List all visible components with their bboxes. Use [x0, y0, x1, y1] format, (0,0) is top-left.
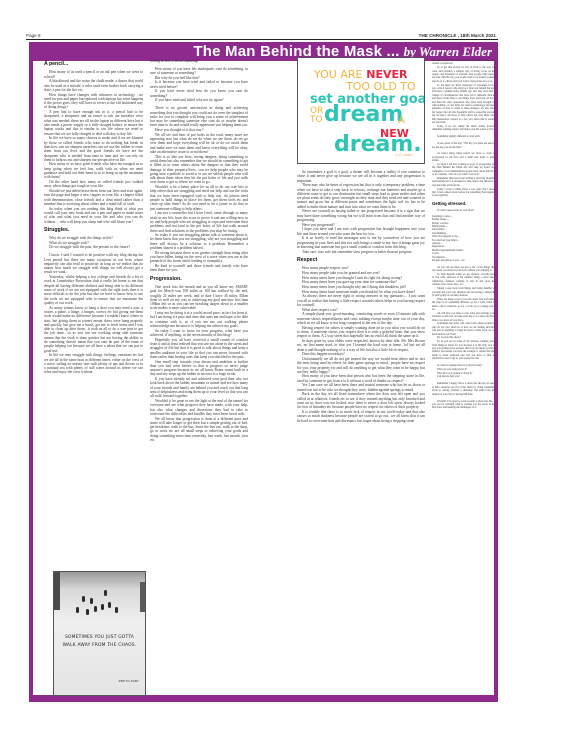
paragraph: Never see yourself as having failed or n… — [297, 209, 425, 222]
paragraph: As many joiners know to hang a door you … — [44, 306, 143, 353]
paragraph: Having respect for others is simply want… — [297, 326, 425, 339]
goose-icon — [101, 604, 104, 610]
paragraph: Wouldn't it be great to work towards a s… — [432, 400, 495, 410]
paragraph: How many of you have felt inadequate, ca… — [150, 67, 248, 76]
paragraph: What do we struggle with? — [44, 241, 143, 245]
paragraph: A pen had to have enough ink in it, a pe… — [44, 110, 143, 136]
list-item: Peoples perception of you…etc. — [432, 259, 495, 262]
paragraph: Do we struggle with the past, the presen… — [44, 245, 143, 249]
paragraph: How many of us used a pencil or an ink p… — [44, 70, 143, 79]
paragraph: having to worry about capsizing. — [150, 59, 248, 63]
paragraph: So remember a goal is a goal, a dream wi… — [297, 170, 425, 183]
image-post — [54, 572, 60, 610]
paragraph: So today if you are struggling please ta… — [150, 233, 248, 250]
paragraph: Have you progressed? — [297, 223, 425, 227]
paragraph: So to get this society we live in back t… — [432, 66, 495, 83]
paragraph: It is so lovely to read the messages sen… — [297, 236, 425, 249]
paragraph: In days gone by your elders were respect… — [297, 339, 425, 352]
paragraph: So today when you are reading this blog … — [44, 207, 143, 224]
paragraph: So as you see in some of the pictures wa… — [432, 340, 495, 360]
paragraph: Something slightly different to start wi… — [432, 135, 495, 138]
paragraph: Be strong because there is no greater st… — [150, 251, 248, 264]
paragraph: As you can see there are just a few of t… — [432, 266, 495, 273]
paragraph: On the other hand how many so called fri… — [44, 180, 143, 189]
paragraph: What does respect cost? — [297, 308, 425, 312]
paragraph: How many times have you thought why am I… — [297, 285, 425, 289]
paragraph: So again I am also looking at ways of pr… — [432, 163, 495, 177]
quote-word-a: A — [398, 115, 405, 126]
paragraph: If you have never tried how do you know … — [150, 89, 248, 98]
paragraph: A wee quote of the day: "The day you pla… — [432, 142, 495, 149]
paragraph: We all see and hear of pot holes in the … — [150, 133, 248, 154]
paragraph: Wouldn't it be great to see the light at… — [150, 399, 248, 416]
paragraph: Today if we are taking the small strides… — [432, 125, 495, 132]
paragraph: I may not be doing it at a world record … — [150, 311, 248, 328]
paragraph: Yesterday, whilst helping a few college … — [44, 275, 143, 305]
paragraph: How many people respect you? — [297, 266, 425, 270]
paragraph: Take care, stay safe but remember slow p… — [297, 250, 425, 254]
paragraph: How many times have you gave up your tim… — [297, 280, 425, 284]
section-heading-struggles: Struggles. — [44, 228, 143, 232]
paragraph: Have you thought of it that way? — [150, 128, 248, 132]
image-post — [140, 582, 145, 612]
paragraph: Remember a happy life is a stress free l… — [432, 382, 495, 396]
page-header: Page 8 THE CHRONICLE , 18th March 2021 — [26, 29, 496, 38]
paragraph: It is terrible that there is so much lac… — [297, 410, 425, 423]
image-signature: ZEN TO ZANY — [119, 679, 139, 683]
paragraph: As always there are never right or wrong… — [297, 294, 425, 307]
paragraph: How many of us have great friends who ha… — [44, 162, 143, 179]
paragraph: Be kind to yourself and those friends an… — [150, 264, 248, 273]
section-heading-pencil: A pencil... — [44, 62, 143, 66]
paragraph: There is no greater satisfaction in doin… — [150, 106, 248, 127]
quote-author: -C.S. Lewis — [395, 153, 412, 157]
paragraph: All will give you time to rest, relax an… — [432, 312, 495, 322]
paragraph: Today I want to think about a wee topic … — [432, 188, 495, 198]
section-heading-stress: Getting stressed. — [432, 202, 495, 205]
column-2: having to worry about capsizing. How man… — [150, 59, 248, 443]
paragraph: A simple thank you, good morning, comfor… — [297, 312, 425, 325]
paragraph: How many of you have been that person wh… — [297, 374, 425, 383]
paragraph: One small step towards your dream and am… — [150, 360, 248, 377]
paragraph: How many times have you thought I cant d… — [297, 276, 425, 280]
column-3: So remember a goal is a goal, a dream wi… — [297, 170, 425, 423]
paragraph: So what happens when we get stressed.. b… — [432, 273, 495, 287]
paragraph: Back in the day we all lived somewhere w… — [297, 392, 425, 409]
caption-line: SOMETIMES YOU JUST GOTTA — [54, 634, 145, 642]
paragraph: We all know that progression is done at … — [150, 417, 248, 443]
paragraph: A blackboard and the noise the chalk mad… — [44, 79, 143, 92]
goose-icon — [94, 606, 97, 612]
caption-line: WALK AWAY FROM THE CHAOS. — [54, 642, 145, 650]
paragraph: and treat people the way they show you t… — [432, 59, 495, 66]
section-heading-respect: Respect — [297, 258, 425, 262]
paragraph: One week into the month and as you all k… — [150, 285, 248, 311]
goose-icon — [104, 590, 107, 596]
goose-icon — [90, 598, 93, 604]
stress-causes-list: Listening to news… Family issues… Money … — [432, 215, 495, 263]
goose-icon — [82, 596, 85, 602]
goose-icon — [108, 602, 111, 608]
paragraph: To me there are three categories of cust… — [432, 84, 495, 125]
quote-word-dream: dream — [324, 104, 403, 126]
paragraph: I know I said I wanted to be positive wi… — [44, 253, 143, 274]
paragraph: If you have already set and achieved you… — [150, 377, 248, 398]
paragraph: Should we just delete/erase them from ou… — [44, 189, 143, 206]
paragraph: There may also be times of regression bu… — [297, 183, 425, 209]
quote-line-to: TO — [310, 116, 323, 125]
geese-walking-image: SOMETIMES YOU JUST GOTTA WALK AWAY FROM … — [53, 571, 146, 696]
paragraph: Remember this may be me writing it about… — [432, 177, 495, 187]
paragraph: How things have changes with advances in… — [44, 93, 143, 110]
paragraph: Sometimes the stress will come from othe… — [432, 322, 495, 336]
paragraph: In life we may struggle with things, fee… — [44, 353, 143, 374]
paragraph: I am not a counsellor but I have lived, … — [150, 211, 248, 232]
paragraph: But why do you feel like that? — [150, 76, 248, 80]
header-rule — [26, 39, 498, 40]
column-4: and treat people the way they show you t… — [432, 59, 495, 410]
section-heading-progression: Progression. — [150, 277, 248, 281]
image-caption: SOMETIMES YOU JUST GOTTA WALK AWAY FROM … — [54, 634, 145, 650]
page-number: Page 8 — [26, 33, 41, 38]
paragraph: I hope you have and I am sure with progr… — [297, 227, 425, 236]
paragraph: So what causes stress in your lives? — [432, 209, 495, 212]
paragraph: Is it because you have tried and failed … — [150, 80, 248, 89]
goose-icon — [86, 609, 89, 615]
goose-icon — [115, 607, 118, 613]
paragraph: Does this happen nowadays? — [297, 352, 425, 356]
quote-image: YOU ARE NEVER TOO OLD TO set another goa… — [297, 57, 425, 164]
paragraph: Wouldn't it be a better place for us all… — [150, 185, 248, 211]
paragraph: Can anyone help you? — [432, 375, 495, 378]
publication-date: THE CHRONICLE , 18th March 2021 — [419, 33, 496, 38]
paragraph: How many times have someone made you tha… — [297, 290, 425, 294]
paragraph: If you have tried and failed why not try… — [150, 98, 248, 102]
paragraph: Taking a step back from things and being… — [432, 287, 495, 297]
column-1: A pencil... How many of us used a pencil… — [44, 58, 143, 375]
paragraph: This is so like our lives, seeing danger… — [150, 155, 248, 185]
paragraph: Why do we struggle with the things in li… — [44, 236, 143, 240]
paragraph: There are many ways to become stress fre… — [432, 298, 495, 312]
paragraph: In life we have so many choices to make … — [44, 136, 143, 162]
paragraph: Unfortunately we all do not get treated … — [297, 357, 425, 374]
goose-icon — [76, 607, 79, 613]
paragraph: How many people take you for granted and… — [297, 271, 425, 275]
paragraph: So today I want to focus on your progres… — [150, 329, 248, 338]
paragraph: As stated many times before we have to w… — [432, 152, 495, 162]
paragraph: Yes I am sure we all have been there and… — [297, 383, 425, 392]
paragraph: Hopefully you all have received a small … — [150, 338, 248, 359]
article-bottom-border — [29, 698, 498, 702]
